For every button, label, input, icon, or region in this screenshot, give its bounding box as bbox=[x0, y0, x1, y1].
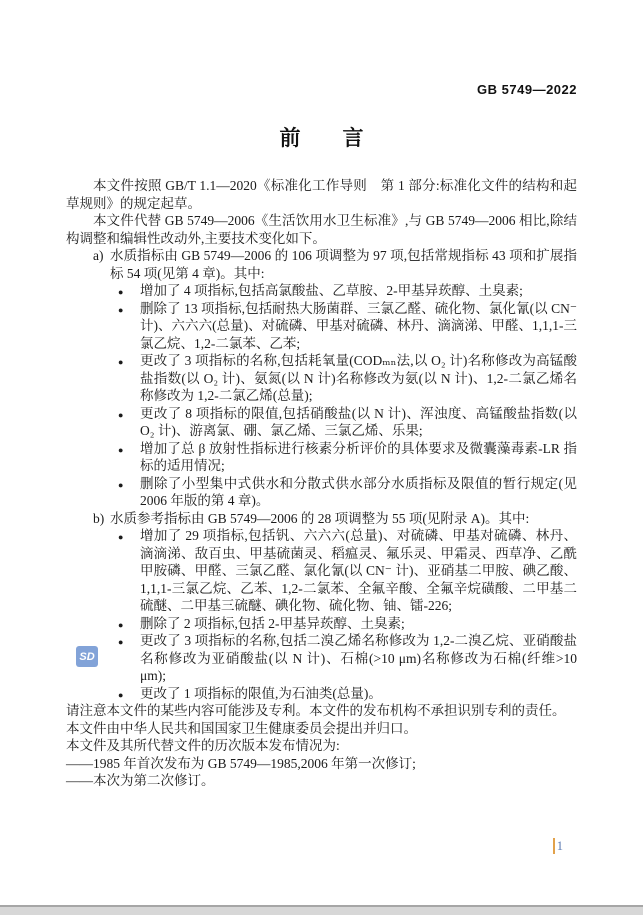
bullet-text: 删除了小型集中式供水和分散式供水部分水质指标及限值的暂行规定(见 2006 年版… bbox=[140, 476, 577, 509]
bullet-text: 更改了 3 项指标的名称,包括二溴乙烯名称修改为 1,2-二溴乙烷、亚硝酸盐名称… bbox=[140, 633, 577, 683]
bullet-icon: ● bbox=[118, 407, 123, 425]
bullet-text: 删除了 2 项指标,包括 2-甲基异莰醇、土臭素; bbox=[140, 616, 405, 631]
bullet-item: ● 增加了 4 项指标,包括高氯酸盐、乙草胺、2-甲基异莰醇、土臭素; bbox=[66, 282, 577, 300]
bullet-icon: ● bbox=[118, 529, 123, 547]
bullet-item: ● 更改了 3 项指标的名称,包括二溴乙烯名称修改为 1,2-二溴乙烷、亚硝酸盐… bbox=[66, 632, 577, 685]
page-title: 前 言 bbox=[0, 122, 643, 152]
bullet-text: 更改了 8 项指标的限值,包括硝酸盐(以 N 计)、浑浊度、高锰酸盐指数(以 O… bbox=[140, 406, 577, 439]
bullet-text: 删除了 13 项指标,包括耐热大肠菌群、三氯乙醛、硫化物、氯化氰(以 CN⁻ 计… bbox=[140, 301, 577, 351]
bullet-icon: ● bbox=[118, 477, 123, 495]
bullet-icon: ● bbox=[118, 634, 123, 652]
bullet-icon: ● bbox=[118, 687, 123, 705]
bullet-text: 增加了 29 项指标,包括钒、六六六(总量)、对硫磷、甲基对硫磷、林丹、滴滴涕、… bbox=[140, 528, 577, 613]
bullet-item: ● 删除了 2 项指标,包括 2-甲基异莰醇、土臭素; bbox=[66, 615, 577, 633]
document-page: GB 5749—2022 前 言 SD 本文件按照 GB/T 1.1—2020《… bbox=[0, 0, 643, 915]
paragraph-patent-notice: 请注意本文件的某些内容可能涉及专利。本文件的发布机构不承担识别专利的责任。 bbox=[66, 702, 577, 720]
bullet-item: ● 删除了 13 项指标,包括耐热大肠菌群、三氯乙醛、硫化物、氯化氰(以 CN⁻… bbox=[66, 300, 577, 353]
paragraph-scope: 本文件按照 GB/T 1.1—2020《标准化工作导则 第 1 部分:标准化文件… bbox=[66, 177, 577, 212]
list-item-a: a) 水质指标由 GB 5749—2006 的 106 项调整为 97 项,包括… bbox=[66, 247, 577, 282]
bullet-text: 更改了 1 项指标的限值,为石油类(总量)。 bbox=[140, 686, 382, 701]
bullet-text: 更改了 3 项指标的名称,包括耗氧量(CODₘₙ法,以 O₂ 计)名称修改为高锰… bbox=[140, 353, 577, 403]
bullet-text: 增加了 4 项指标,包括高氯酸盐、乙草胺、2-甲基异莰醇、土臭素; bbox=[140, 283, 523, 298]
page-bottom-edge bbox=[0, 905, 643, 915]
paragraph-history-current: ——本次为第二次修订。 bbox=[66, 772, 577, 790]
bullet-text: 增加了总 β 放射性指标进行核素分析评价的具体要求及微囊藻毒素-LR 指标的适用… bbox=[140, 441, 577, 474]
bullet-item: ● 更改了 1 项指标的限值,为石油类(总量)。 bbox=[66, 685, 577, 703]
bullet-icon: ● bbox=[118, 354, 123, 372]
bullet-item: ● 更改了 3 项指标的名称,包括耗氧量(CODₘₙ法,以 O₂ 计)名称修改为… bbox=[66, 352, 577, 405]
document-body: 本文件按照 GB/T 1.1—2020《标准化工作导则 第 1 部分:标准化文件… bbox=[66, 177, 577, 790]
paragraph-history-1985: ——1985 年首次发布为 GB 5749—1985,2006 年第一次修订; bbox=[66, 755, 577, 773]
list-item-b: b) 水质参考指标由 GB 5749—2006 的 28 项调整为 55 项(见… bbox=[66, 510, 577, 528]
list-marker-b: b) bbox=[93, 510, 104, 528]
list-marker-a: a) bbox=[93, 247, 104, 265]
page-number: 1 bbox=[553, 838, 563, 854]
paragraph-history-intro: 本文件及其所代替文件的历次版本发布情况为: bbox=[66, 737, 577, 755]
bullet-item: ● 删除了小型集中式供水和分散式供水部分水质指标及限值的暂行规定(见 2006 … bbox=[66, 475, 577, 510]
standard-number: GB 5749—2022 bbox=[477, 82, 577, 97]
bullet-icon: ● bbox=[118, 442, 123, 460]
bullet-item: ● 更改了 8 项指标的限值,包括硝酸盐(以 N 计)、浑浊度、高锰酸盐指数(以… bbox=[66, 405, 577, 440]
paragraph-replaces: 本文件代替 GB 5749—2006《生活饮用水卫生标准》,与 GB 5749—… bbox=[66, 212, 577, 247]
bullet-icon: ● bbox=[118, 302, 123, 320]
bullet-item: ● 增加了总 β 放射性指标进行核素分析评价的具体要求及微囊藻毒素-LR 指标的… bbox=[66, 440, 577, 475]
paragraph-issuer: 本文件由中华人民共和国国家卫生健康委员会提出并归口。 bbox=[66, 720, 577, 738]
list-text-b: 水质参考指标由 GB 5749—2006 的 28 项调整为 55 项(见附录 … bbox=[110, 511, 529, 526]
list-text-a: 水质指标由 GB 5749—2006 的 106 项调整为 97 项,包括常规指… bbox=[110, 248, 577, 281]
closing-block: 请注意本文件的某些内容可能涉及专利。本文件的发布机构不承担识别专利的责任。 本文… bbox=[66, 702, 577, 790]
bullet-item: ● 增加了 29 项指标,包括钒、六六六(总量)、对硫磷、甲基对硫磷、林丹、滴滴… bbox=[66, 527, 577, 615]
